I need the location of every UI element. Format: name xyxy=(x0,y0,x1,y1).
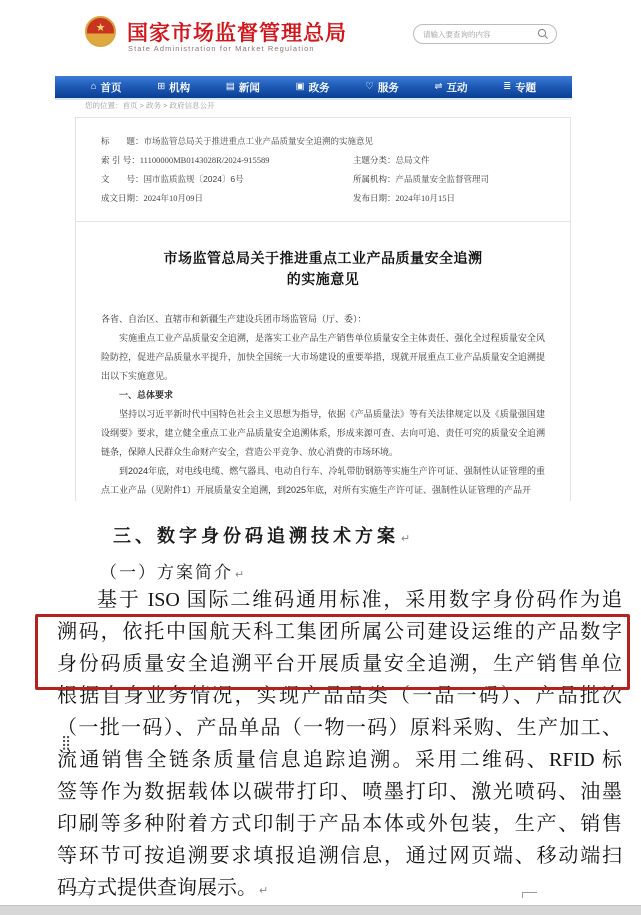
document-panel: 标 题： 市场监管总局关于推进重点工业产品质量安全追溯的实施意见 索 引 号： … xyxy=(75,117,571,501)
meta-docno-value: 国市监质监规〔2024〕6号 xyxy=(144,170,244,189)
site-header: ★ 国家市场监督管理总局 State Administration for Ma… xyxy=(0,0,641,70)
nav-label: 政务 xyxy=(309,80,330,95)
nav-label: 新闻 xyxy=(239,80,260,95)
nav-item-org[interactable]: ⊞ 机构 xyxy=(157,80,190,95)
meta-title-label: 标 题： xyxy=(101,132,144,151)
excerpt-subheading: （一）方案简介↵ xyxy=(100,558,244,583)
meta-docno-label: 文 号： xyxy=(101,170,144,189)
search-box xyxy=(413,24,557,44)
national-emblem-icon: ★ xyxy=(85,16,116,47)
nav-item-interact[interactable]: ⇌ 互动 xyxy=(435,80,468,95)
nav-label: 专题 xyxy=(515,80,536,95)
paragraph-mark-icon: ↵ xyxy=(401,533,410,545)
meta-date-value: 2024年10月09日 xyxy=(144,189,204,208)
interact-arrows-icon: ⇌ xyxy=(435,82,443,92)
document-metadata: 标 题： 市场监管总局关于推进重点工业产品质量安全追溯的实施意见 索 引 号： … xyxy=(76,118,570,216)
meta-title-value: 市场监管总局关于推进重点工业产品质量安全追溯的实施意见 xyxy=(144,132,374,151)
excerpt-line: 流通销售全链条质量信息追踪追溯。采用二维码、RFID 标 xyxy=(57,744,622,776)
document-paragraph-3: 到2024年底，对电线电缆、燃气器具、电动自行车、冷轧带肋钢筋等实施生产许可证、… xyxy=(101,462,545,500)
document-salutation: 各省、自治区、直辖市和新疆生产建设兵团市场监管局（厅、委）： xyxy=(101,310,545,329)
paragraph-mark-icon: ↵ xyxy=(259,885,268,897)
nav-item-service[interactable]: ♡ 服务 xyxy=(365,80,399,95)
meta-org-value: 产品质量安全监督管理司 xyxy=(396,170,490,189)
site-subtitle: State Administration for Market Regulati… xyxy=(128,44,315,53)
meta-category-value: 总局文件 xyxy=(396,151,430,170)
meta-index-value: 11100000MB0143028R/2024-915589 xyxy=(140,151,270,170)
gov-icon: ▣ xyxy=(296,82,305,92)
nav-label: 互动 xyxy=(447,80,468,95)
meta-pubdate-label: 发布日期： xyxy=(353,189,396,208)
bottom-edge-strip xyxy=(0,905,641,915)
nav-item-gov[interactable]: ▣ 政务 xyxy=(296,80,330,95)
page: ★ 国家市场监督管理总局 State Administration for Ma… xyxy=(0,0,641,915)
document-title-line1: 市场监管总局关于推进重点工业产品质量安全追溯 xyxy=(101,248,545,269)
home-icon: ⌂ xyxy=(91,82,97,92)
nav-label: 首页 xyxy=(100,80,121,95)
excerpt-line: 码方式提供查询展示。↵ xyxy=(57,872,622,904)
excerpt-line: 签等作为数据载体以碳带打印、喷墨打印、激光喷码、油墨 xyxy=(57,776,622,808)
page-corner-mark-right xyxy=(522,892,537,898)
meta-row-index: 索 引 号： 11100000MB0143028R/2024-915589 主题… xyxy=(101,151,545,170)
document-body: 市场监管总局关于推进重点工业产品质量安全追溯 的实施意见 各省、自治区、直辖市和… xyxy=(76,222,570,500)
nav-label: 机构 xyxy=(169,80,190,95)
document-title-line2: 的实施意见 xyxy=(101,269,545,290)
document-section1-heading: 一、总体要求 xyxy=(101,386,545,405)
meta-index-label: 索 引 号： xyxy=(101,151,140,170)
meta-row-title: 标 题： 市场监管总局关于推进重点工业产品质量安全追溯的实施意见 xyxy=(101,132,545,151)
excerpt-subheading-text: （一）方案简介 xyxy=(100,563,233,582)
main-nav: ⌂ 首页 ⊞ 机构 ▤ 新闻 ▣ 政务 ♡ 服务 ⇌ 互动 ≣ 专题 xyxy=(55,76,572,100)
excerpt-line: （一批一码）、产品单品（一物一码）原料采购、生产加工、 xyxy=(57,712,622,744)
document-paragraph-2: 坚持以习近平新时代中国特色社会主义思想为指导，依据《产品质量法》等有关法律规定以… xyxy=(101,405,545,462)
document-paragraph-1: 实施重点工业产品质量安全追溯，是落实工业产品生产销售单位质量安全主体责任、强化全… xyxy=(101,329,545,386)
meta-org-label: 所属机构： xyxy=(353,170,396,189)
red-highlight-box xyxy=(35,614,630,690)
paragraph-mark-icon: ↵ xyxy=(235,569,244,581)
nav-item-news[interactable]: ▤ 新闻 xyxy=(226,80,260,95)
breadcrumb[interactable]: 您的位置：首页 > 政务 > 政府信息公开 xyxy=(85,100,215,111)
excerpt-line: 基于 ISO 国际二维码通用标准，采用数字身份码作为追 xyxy=(57,584,622,616)
excerpt-heading-text: 三、数字身份码追溯技术方案 xyxy=(113,526,399,546)
site-title: 国家市场监督管理总局 xyxy=(127,17,347,47)
nav-item-topics[interactable]: ≣ 专题 xyxy=(503,80,536,95)
search-input[interactable] xyxy=(414,30,537,39)
org-icon: ⊞ xyxy=(157,82,165,92)
news-icon: ▤ xyxy=(226,82,235,92)
meta-date-label: 成文日期： xyxy=(101,189,144,208)
meta-row-docno: 文 号： 国市监质监规〔2024〕6号 所属机构： 产品质量安全监督管理司 xyxy=(101,170,545,189)
excerpt-line: 印刷等多种附着方式印制于产品本体或外包装，生产、销售 xyxy=(57,808,622,840)
topics-list-icon: ≣ xyxy=(503,82,511,92)
search-icon[interactable] xyxy=(537,28,549,40)
meta-row-dates: 成文日期： 2024年10月09日 发布日期： 2024年10月15日 xyxy=(101,189,545,208)
document-title: 市场监管总局关于推进重点工业产品质量安全追溯 的实施意见 xyxy=(101,248,545,290)
meta-category-label: 主题分类： xyxy=(353,151,396,170)
nav-label: 服务 xyxy=(378,80,399,95)
drag-handle-icon[interactable]: ⣿ xyxy=(61,737,71,750)
excerpt-line: 等环节可按追溯要求填报追溯信息，通过网页端、移动端扫 xyxy=(57,840,622,872)
meta-pubdate-value: 2024年10月15日 xyxy=(396,189,456,208)
page-corner-mark-left xyxy=(75,892,90,898)
excerpt-heading: 三、数字身份码追溯技术方案↵ xyxy=(113,522,410,548)
service-heart-icon: ♡ xyxy=(365,82,374,92)
nav-item-home[interactable]: ⌂ 首页 xyxy=(91,80,122,95)
